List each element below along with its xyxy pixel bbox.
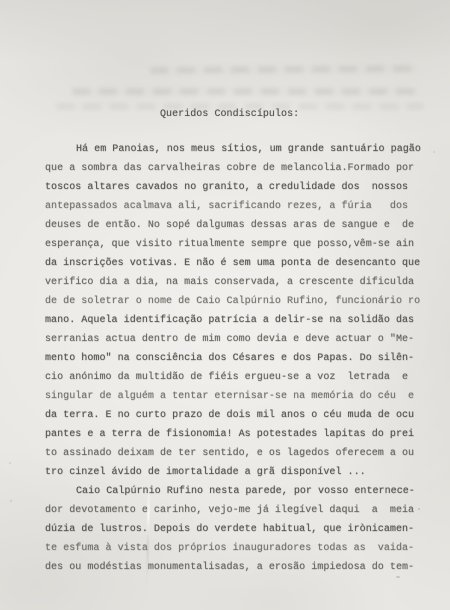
text-line: singular de alguém a tentar eternisar-se… xyxy=(45,387,435,406)
text-line: des ou modéstias monumentalisadas, a ero… xyxy=(45,558,435,577)
text-line: Caio Calpúrnio Rufino nesta parede, por … xyxy=(45,482,435,501)
text-line: verifico dia a dia, na mais conservada, … xyxy=(45,273,435,292)
text-line: da inscrições votivas. E não é sem uma p… xyxy=(45,254,435,273)
ink-speck xyxy=(10,500,12,502)
text-line: cio anónimo da multidão de fiéis ergueu-… xyxy=(45,368,435,387)
ink-speck xyxy=(433,151,435,153)
letter-body: Há em Panoias, nos meus sítios, um grand… xyxy=(45,140,435,577)
bleedthrough-smudge xyxy=(72,88,420,95)
text-line: da terra. E no curto prazo de dois mil a… xyxy=(45,406,435,425)
salutation: Queridos Condiscípulos: xyxy=(160,109,299,120)
text-line: to assinado deixam de ter sentido, e os … xyxy=(45,444,435,463)
letter-page: Queridos Condiscípulos: Há em Panoias, n… xyxy=(0,0,450,610)
text-line: tro cinzel ávido de imortalidade a grã d… xyxy=(45,463,435,482)
bleedthrough-smudge xyxy=(150,65,418,74)
ink-speck xyxy=(9,462,11,464)
text-line: toscos altares cavados no granito, a cre… xyxy=(45,178,435,197)
text-line: deuses de então. No sopé dalgumas dessas… xyxy=(45,216,435,235)
ink-speck xyxy=(418,508,420,510)
ink-speck xyxy=(396,576,400,578)
text-line: serranias actua dentro de mim como devia… xyxy=(45,330,435,349)
text-line: dúzia de lustros. Depois do verdete habi… xyxy=(45,520,435,539)
paragraph: Há em Panoias, nos meus sítios, um grand… xyxy=(45,140,435,482)
text-line: esperança, que visito ritualmente sempre… xyxy=(45,235,435,254)
text-line: te esfuma à vista dos próprios inaugurad… xyxy=(45,539,435,558)
text-line: de de soletrar o nome de Caio Calpúrnio … xyxy=(45,292,435,311)
paragraph: Caio Calpúrnio Rufino nesta parede, por … xyxy=(45,482,435,577)
text-line: Há em Panoias, nos meus sítios, um grand… xyxy=(45,140,435,159)
text-line: pantes e a terra de fisionomia! As potes… xyxy=(45,425,435,444)
text-line: dor devotamento e carinho, vejo-me já il… xyxy=(45,501,435,520)
text-line: antepassados acalmava ali, sacrificando … xyxy=(45,197,435,216)
text-line: mano. Aquela identificação patrícia a de… xyxy=(45,311,435,330)
text-line: que a sombra das carvalheiras cobre de m… xyxy=(45,159,435,178)
text-line: mento homo" na consciência dos Césares e… xyxy=(45,349,435,368)
